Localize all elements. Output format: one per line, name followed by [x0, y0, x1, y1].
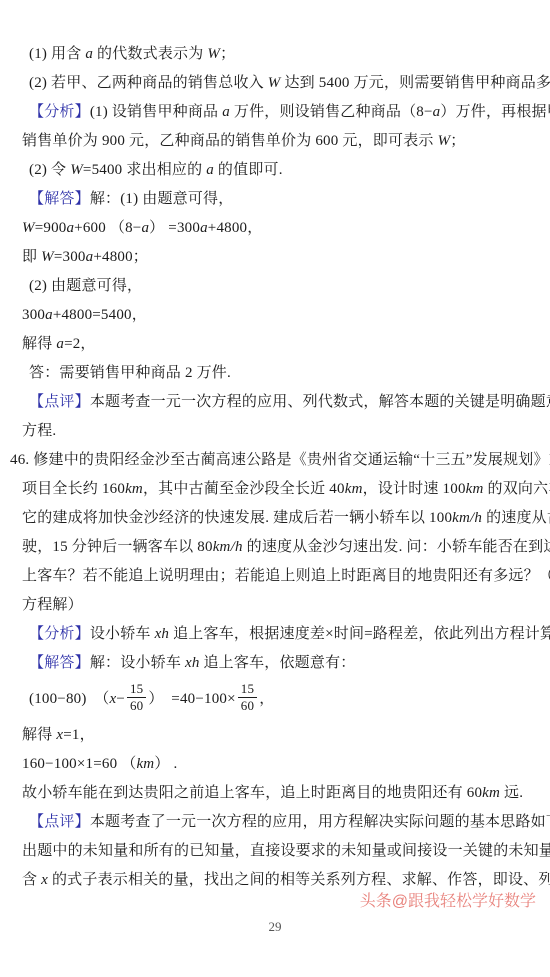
text-line: 【分析】(1) 设销售甲种商品 a 万件，则设销售乙种商品（8−a）万件，再根据… — [0, 98, 550, 127]
text-line: 解得 x=1， — [0, 721, 550, 750]
text-run: 方程解） — [22, 597, 83, 613]
text-run: 解得 — [22, 727, 56, 743]
text-run: 含 — [22, 872, 41, 888]
text-line: 【点评】本题考查了一元一次方程的应用，用方程解决实际问题的基本思路如下：首先审题… — [0, 808, 550, 837]
text-run: +4800=5400， — [53, 307, 147, 323]
text-run: ，设计时速 100 — [363, 481, 466, 497]
document-page: (1) 用含 a 的代数式表示为 W；(2) 若甲、乙两种商品的销售总收入 W … — [0, 0, 550, 977]
math-run: a — [222, 104, 230, 120]
text-run: 的双向六车道高速公路， — [484, 481, 550, 497]
text-run: (100−80) （ — [29, 691, 109, 707]
section-label: 【解答】 — [29, 655, 90, 671]
text-run: 的代数式表示为 — [93, 46, 207, 62]
text-run: =900 — [35, 220, 67, 236]
text-line: (2) 由题意可得， — [0, 272, 550, 301]
text-line: 46. 修建中的贵阳经金沙至古蔺高速公路是《贵州省交通运输“十三五”发展规划》重… — [0, 446, 550, 475]
fraction-numerator: 15 — [127, 681, 146, 698]
text-run: +600 （8− — [74, 220, 141, 236]
math-run: x — [41, 872, 48, 888]
math-run: W — [41, 249, 54, 265]
text-run: (1) 用含 — [29, 46, 85, 62]
section-label: 【分析】 — [29, 104, 90, 120]
text-line: 上客车？若不能追上说明理由；若能追上则追上时距离目的地贵阳还有多远？（列一元一次 — [0, 562, 550, 591]
text-line: 【解答】解：设小轿车 xh 追上客车，依题意有： — [0, 649, 550, 678]
text-run: ， — [259, 691, 274, 707]
math-run: km/h — [213, 539, 243, 555]
text-run: 项目全长约 160 — [22, 481, 125, 497]
text-run: 解：(1) 由题意可得， — [90, 191, 234, 207]
section-label: 【点评】 — [29, 394, 90, 410]
text-run: 远. — [500, 785, 523, 801]
fraction: 1560 — [238, 681, 257, 714]
text-run: 的速度从古蔺匀速行 — [482, 510, 550, 526]
text-run: ，其中古蔺至金沙段全长近 40 — [143, 481, 345, 497]
fraction-denominator: 60 — [127, 698, 146, 714]
text-run: +4800， — [208, 220, 263, 236]
math-run: km — [136, 756, 154, 772]
text-run: 上客车？若不能追上说明理由；若能追上则追上时距离目的地贵阳还有多远？（列一元一次 — [22, 568, 550, 584]
text-run: (2) 令 — [29, 162, 70, 178]
text-run: 方程. — [22, 423, 56, 439]
math-run: a — [200, 220, 208, 236]
text-line: 出题中的未知量和所有的已知量，直接设要求的未知量或间接设一关键的未知量为 x，然… — [0, 837, 550, 866]
text-run: 的值即可. — [214, 162, 283, 178]
text-line: 故小轿车能在到达贵阳之前追上客车，追上时距离目的地贵阳还有 60km 远. — [0, 779, 550, 808]
text-run: 万件，则设销售乙种商品（8− — [230, 104, 433, 120]
text-run: − — [116, 691, 125, 707]
text-run: =300 — [54, 249, 86, 265]
section-label: 【点评】 — [29, 814, 90, 830]
text-run: 设小轿车 — [90, 626, 155, 642]
text-run: 达到 5400 万元，则需要销售甲种商品多少万件？ — [281, 75, 550, 91]
text-run: ） =300 — [149, 220, 200, 236]
text-run: =1， — [63, 727, 95, 743]
math-run: a — [206, 162, 214, 178]
text-run: 解：设小轿车 — [90, 655, 185, 671]
math-run: a — [56, 336, 64, 352]
text-run: ； — [450, 133, 465, 149]
text-line: 【点评】本题考查一元一次方程的应用、列代数式，解答本题的关键是明确题意，列出相应… — [0, 388, 550, 417]
text-line: W=900a+600 （8−a） =300a+4800， — [0, 214, 550, 243]
text-line: (100−80) （x−1560） =40−100×1560， — [0, 678, 550, 721]
text-run: 它的建成将加快金沙经济的快速发展. 建成后若一辆小轿车以 100 — [22, 510, 452, 526]
text-run: =2， — [64, 336, 96, 352]
text-run: 的式子表示相关的量，找出之间的相等关系列方程、求解、作答，即设、列、解、答. — [48, 872, 550, 888]
section-label: 【分析】 — [29, 626, 90, 642]
math-run: km — [345, 481, 363, 497]
text-run: (2) 由题意可得， — [29, 278, 142, 294]
text-line: (2) 若甲、乙两种商品的销售总收入 W 达到 5400 万元，则需要销售甲种商… — [0, 69, 550, 98]
text-run: 追上客车，根据速度差×时间=路程差，依此列出方程计算即可求解. — [169, 626, 550, 642]
text-line: 驶，15 分钟后一辆客车以 80km/h 的速度从金沙匀速出发. 问：小轿车能否… — [0, 533, 550, 562]
document-body: (1) 用含 a 的代数式表示为 W；(2) 若甲、乙两种商品的销售总收入 W … — [0, 0, 550, 895]
text-run: ； — [220, 46, 235, 62]
text-run: +4800； — [93, 249, 148, 265]
text-run: 300 — [22, 307, 45, 323]
math-run: a — [45, 307, 53, 323]
text-run: ） =40−100× — [148, 691, 235, 707]
text-run: 本题考查一元一次方程的应用、列代数式，解答本题的关键是明确题意，列出相应的 — [90, 394, 550, 410]
text-run: 出题中的未知量和所有的已知量，直接设要求的未知量或间接设一关键的未知量为 — [22, 843, 550, 859]
text-line: 【解答】解：(1) 由题意可得， — [0, 185, 550, 214]
text-run: 46. 修建中的贵阳经金沙至古蔺高速公路是《贵州省交通运输“十三五”发展规划》重… — [10, 452, 550, 468]
text-run: 本题考查了一元一次方程的应用，用方程解决实际问题的基本思路如下：首先审题找 — [90, 814, 550, 830]
math-run: km — [482, 785, 500, 801]
math-run: W — [22, 220, 35, 236]
text-line: 【分析】设小轿车 xh 追上客车，根据速度差×时间=路程差，依此列出方程计算即可… — [0, 620, 550, 649]
fraction-denominator: 60 — [238, 698, 257, 714]
text-run: 驶，15 分钟后一辆客车以 80 — [22, 539, 213, 555]
text-line: 方程解） — [0, 591, 550, 620]
text-run: ）万件，再根据甲种商品的 — [440, 104, 550, 120]
text-run: 解得 — [22, 336, 56, 352]
math-run: km/h — [452, 510, 482, 526]
text-line: 项目全长约 160km，其中古蔺至金沙段全长近 40km，设计时速 100km … — [0, 475, 550, 504]
text-line: 它的建成将加快金沙经济的快速发展. 建成后若一辆小轿车以 100km/h 的速度… — [0, 504, 550, 533]
text-line: 解得 a=2， — [0, 330, 550, 359]
text-run: 销售单价为 900 元，乙种商品的销售单价为 600 元，即可表示 — [22, 133, 438, 149]
text-line: 销售单价为 900 元，乙种商品的销售单价为 600 元，即可表示 W； — [0, 127, 550, 156]
text-line: (2) 令 W=5400 求出相应的 a 的值即可. — [0, 156, 550, 185]
math-run: W — [207, 46, 220, 62]
text-run: (1) 设销售甲种商品 — [90, 104, 222, 120]
math-run: W — [268, 75, 281, 91]
text-line: 答：需要销售甲种商品 2 万件. — [0, 359, 550, 388]
fraction: 1560 — [127, 681, 146, 714]
fraction-numerator: 15 — [238, 681, 257, 698]
text-line: 160−100×1=60 （km） . — [0, 750, 550, 779]
text-line: (1) 用含 a 的代数式表示为 W； — [0, 40, 550, 69]
math-run: W — [70, 162, 83, 178]
text-line: 方程. — [0, 417, 550, 446]
math-run: km — [466, 481, 484, 497]
math-run: km — [125, 481, 143, 497]
page-number: 29 — [0, 919, 550, 935]
text-run: ） . — [154, 756, 177, 772]
math-run: a — [141, 220, 149, 236]
section-label: 【解答】 — [29, 191, 90, 207]
math-run: xh — [155, 626, 170, 642]
text-run: (2) 若甲、乙两种商品的销售总收入 — [29, 75, 268, 91]
text-run: 故小轿车能在到达贵阳之前追上客车，追上时距离目的地贵阳还有 60 — [22, 785, 482, 801]
text-run: 的速度从金沙匀速出发. 问：小轿车能否在到达贵阳之前追 — [243, 539, 550, 555]
text-line: 即 W=300a+4800； — [0, 243, 550, 272]
text-line: 300a+4800=5400， — [0, 301, 550, 330]
math-run: xh — [185, 655, 200, 671]
text-run: 追上客车，依题意有： — [200, 655, 356, 671]
math-run: W — [438, 133, 451, 149]
text-run: 即 — [22, 249, 41, 265]
text-run: 答：需要销售甲种商品 2 万件. — [29, 365, 231, 381]
text-run: 160−100×1=60 （ — [22, 756, 136, 772]
math-run: a — [85, 46, 93, 62]
text-run: =5400 求出相应的 — [83, 162, 206, 178]
